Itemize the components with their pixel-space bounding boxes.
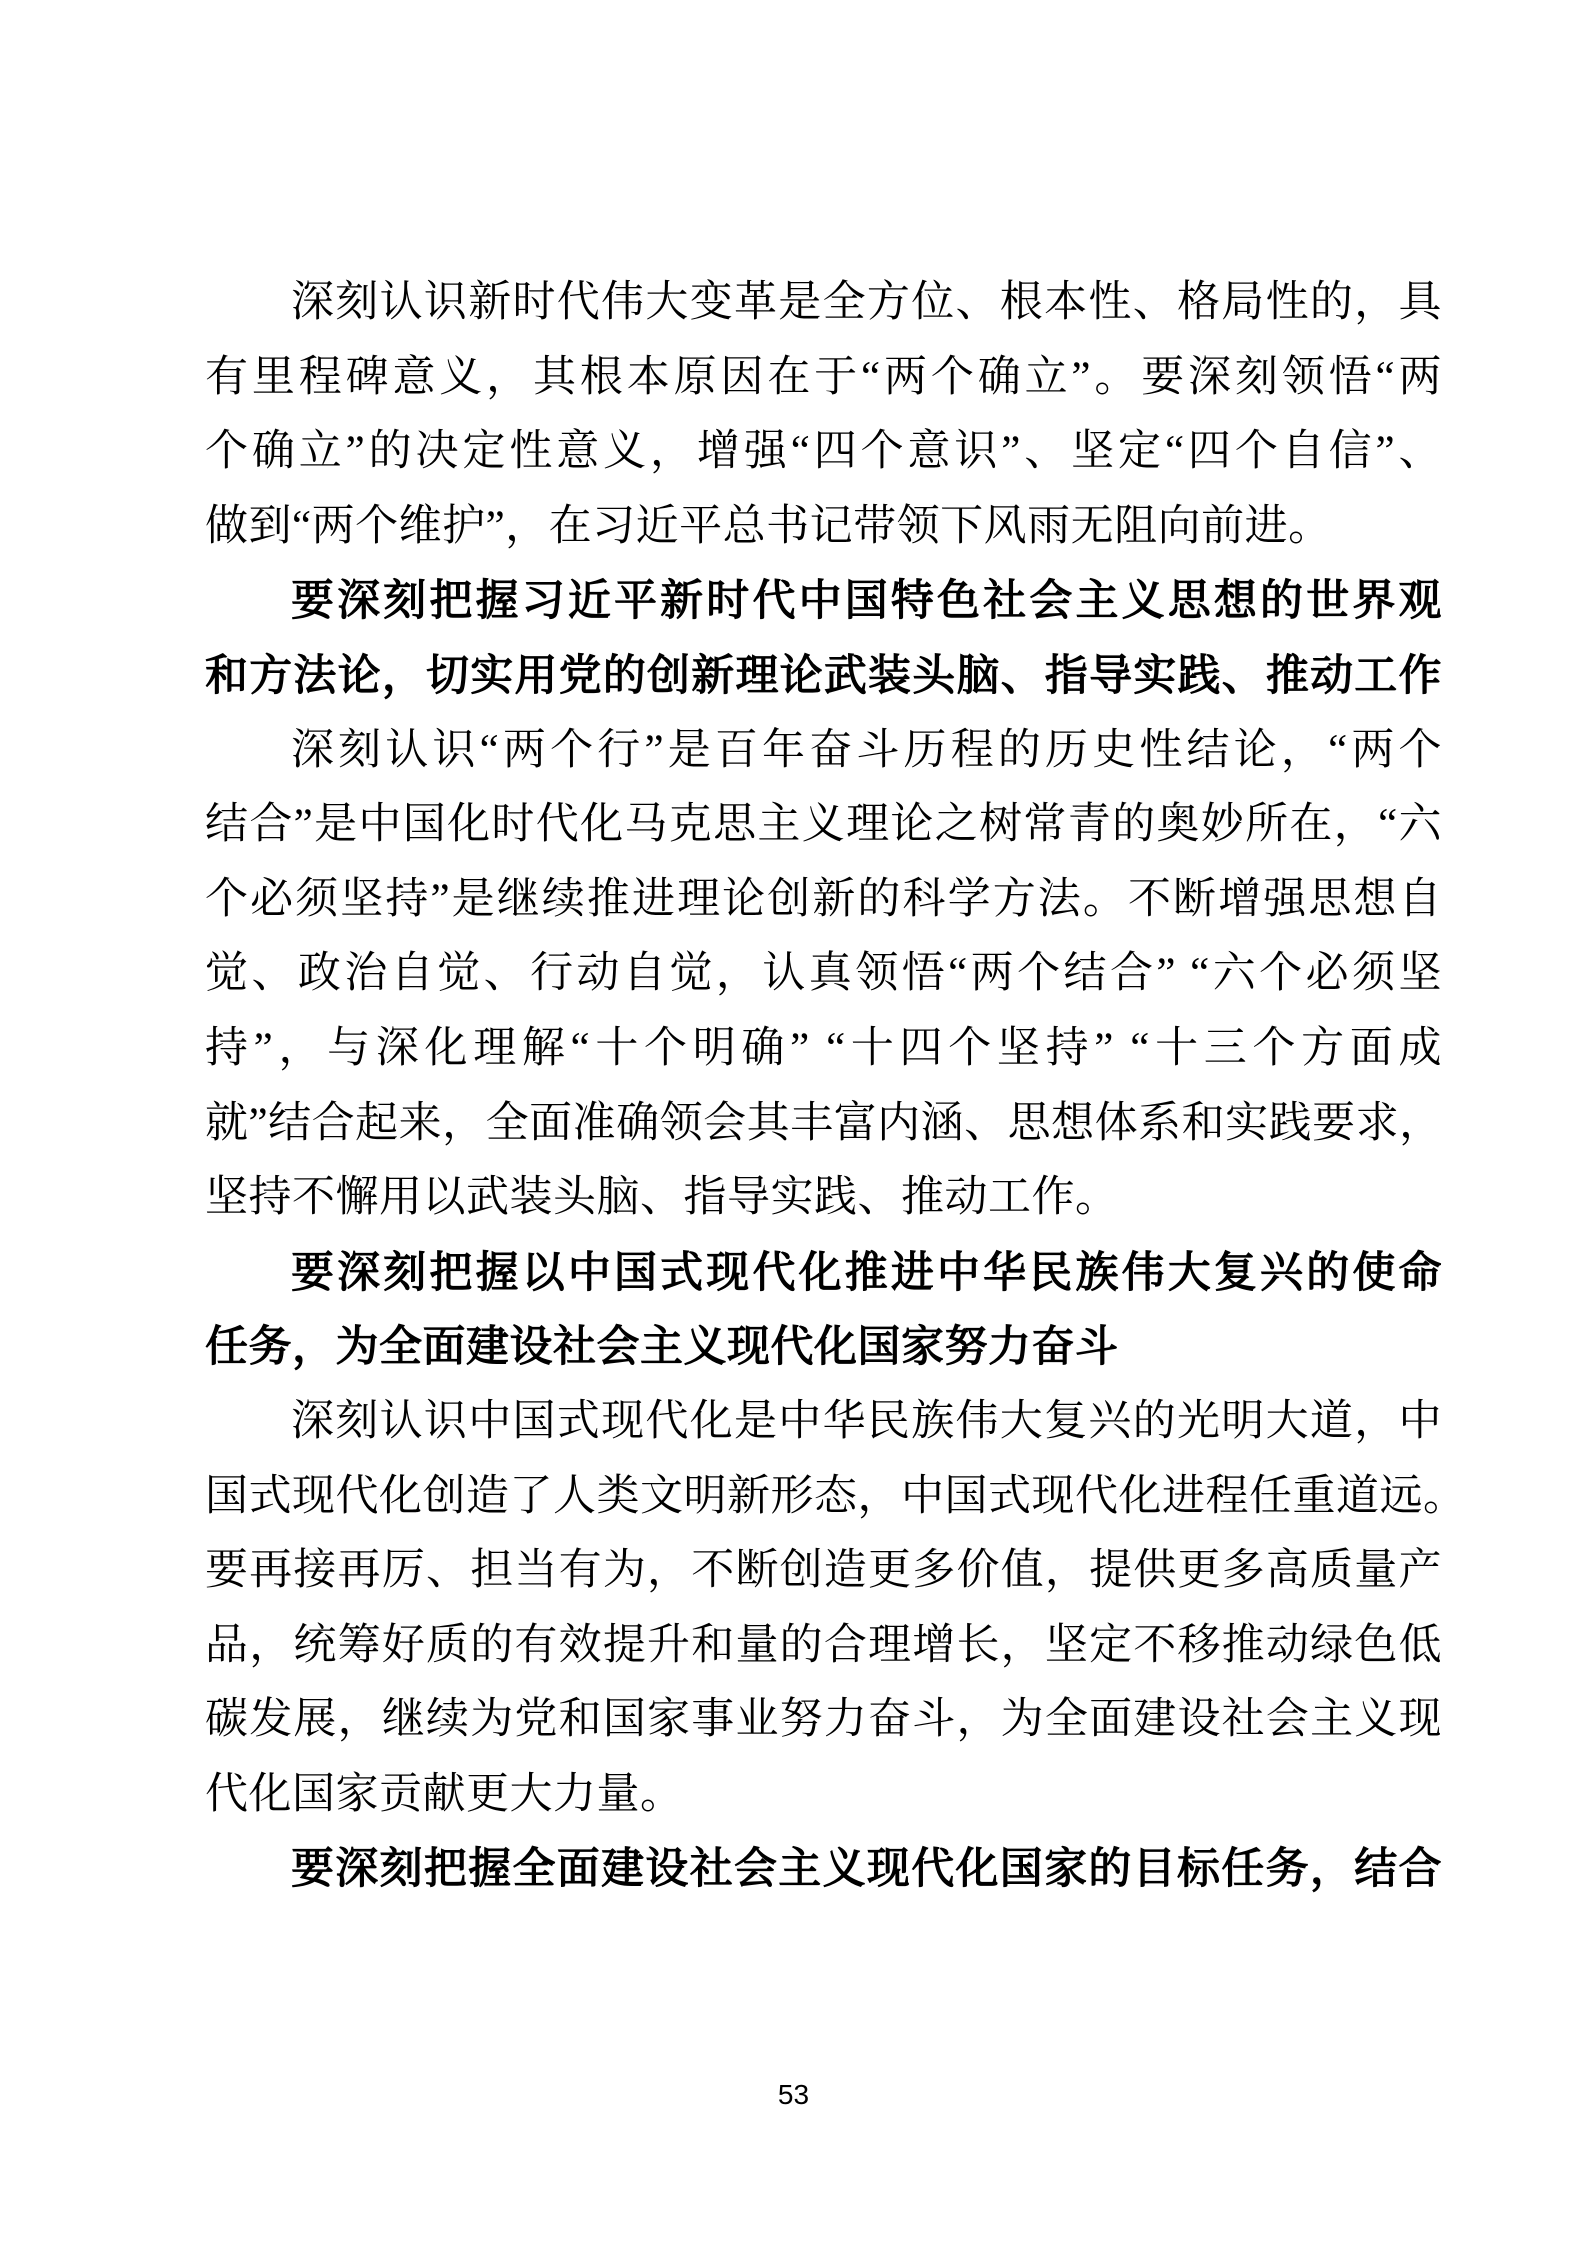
heading-line: 要深刻把握以中国式现代化推进中华民族伟大复兴的使命 [205,1236,1442,1311]
heading-worldview-methodology: 要深刻把握习近平新时代中国特色社会主义思想的世界观 和方法论，切实用党的创新理论… [205,564,1442,713]
heading-chinese-modernization: 要深刻把握以中国式现代化推进中华民族伟大复兴的使命 任务，为全面建设社会主义现代… [205,1236,1442,1385]
text-line: 有里程碑意义，其根本原因在于“两个确立”。要深刻领悟“两 [205,341,1442,416]
heading-line: 任务，为全面建设社会主义现代化国家努力奋斗 [205,1310,1442,1385]
heading-line: 要深刻把握习近平新时代中国特色社会主义思想的世界观 [205,564,1442,639]
text-block: 深刻认识新时代伟大变革是全方位、根本性、格局性的，具 有里程碑意义，其根本原因在… [205,266,1442,1907]
text-line: 品，统筹好质的有效提升和量的合理增长，坚定不移推动绿色低 [205,1609,1442,1684]
heading-line: 和方法论，切实用党的创新理论武装头脑、指导实践、推动工作 [205,639,1442,714]
text-line: 深刻认识新时代伟大变革是全方位、根本性、格局性的，具 [205,266,1442,341]
text-line: 觉、政治自觉、行动自觉，认真领悟“两个结合” “六个必须坚 [205,937,1442,1012]
heading-line: 要深刻把握全面建设社会主义现代化国家的目标任务，结合 [205,1832,1442,1907]
paragraph-modernization-path: 深刻认识中国式现代化是中华民族伟大复兴的光明大道，中 国式现代化创造了人类文明新… [205,1385,1442,1833]
document-page: 深刻认识新时代伟大变革是全方位、根本性、格局性的，具 有里程碑意义，其根本原因在… [0,0,1587,2245]
text-line: 国式现代化创造了人类文明新形态，中国式现代化进程任重道远。 [205,1460,1442,1535]
text-line: 碳发展，继续为党和国家事业努力奋斗，为全面建设社会主义现 [205,1683,1442,1758]
text-line: 个确立”的决定性意义，增强“四个意识”、坚定“四个自信”、 [205,415,1442,490]
text-line: 结合”是中国化时代化马克思主义理论之树常青的奥妙所在，“六 [205,788,1442,863]
text-line: 深刻认识中国式现代化是中华民族伟大复兴的光明大道，中 [205,1385,1442,1460]
text-line: 持”，与深化理解“十个明确” “十四个坚持” “十三个方面成 [205,1012,1442,1087]
text-line: 做到“两个维护”，在习近平总书记带领下风雨无阻向前进。 [205,490,1442,565]
heading-goal-tasks: 要深刻把握全面建设社会主义现代化国家的目标任务，结合 [205,1832,1442,1907]
text-line: 深刻认识“两个行”是百年奋斗历程的历史性结论，“两个 [205,714,1442,789]
text-line: 个必须坚持”是继续推进理论创新的科学方法。不断增强思想自 [205,863,1442,938]
text-line: 要再接再厉、担当有为，不断创造更多价值，提供更多高质量产 [205,1534,1442,1609]
text-line: 代化国家贡献更大力量。 [205,1758,1442,1833]
text-line: 坚持不懈用以武装头脑、指导实践、推动工作。 [205,1161,1442,1236]
paragraph-great-changes: 深刻认识新时代伟大变革是全方位、根本性、格局性的，具 有里程碑意义，其根本原因在… [205,266,1442,564]
text-line: 就”结合起来，全面准确领会其丰富内涵、思想体系和实践要求， [205,1087,1442,1162]
paragraph-two-establishes-theory: 深刻认识“两个行”是百年奋斗历程的历史性结论，“两个 结合”是中国化时代化马克思… [205,714,1442,1236]
page-number: 53 [0,2078,1587,2112]
